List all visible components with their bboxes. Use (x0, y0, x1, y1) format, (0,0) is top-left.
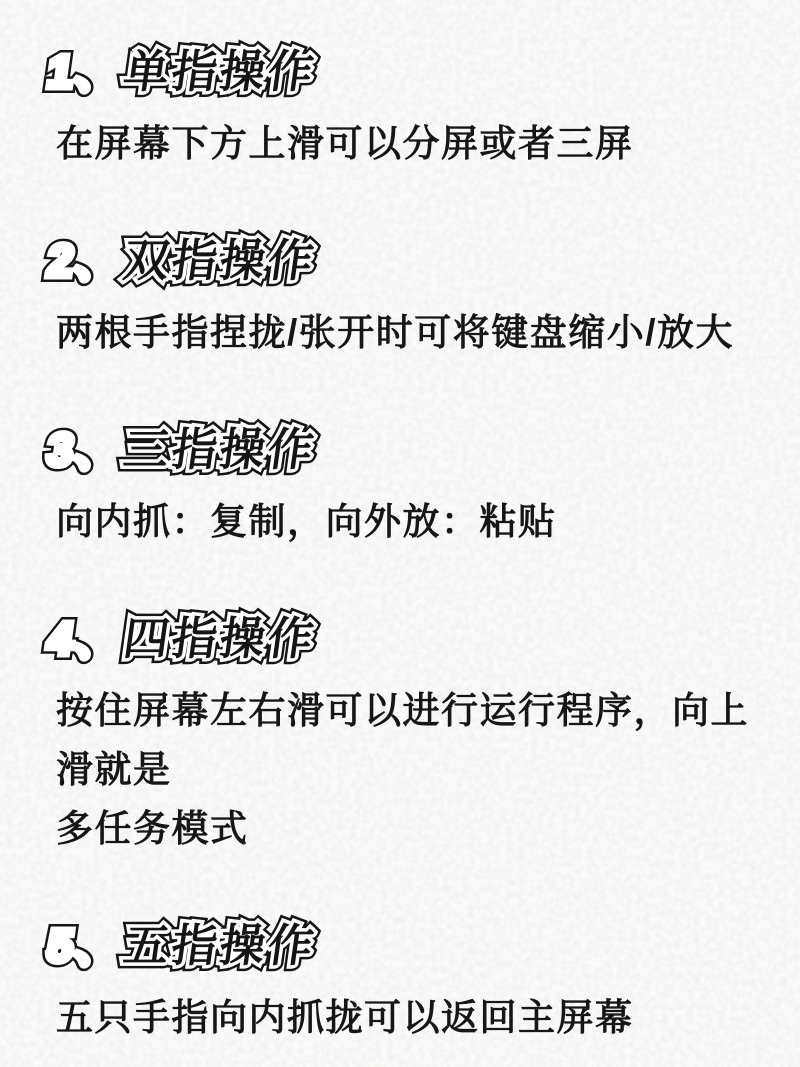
heading-text: 2、双指操作 (44, 235, 319, 287)
gesture-guide-content: 1、单指操作 1、单指操作 1、单指操作 在屏幕下方上滑可以分屏或者三屏 2、双… (0, 0, 800, 1047)
gesture-section-5: 5、五指操作 5、五指操作 5、五指操作 五只手指向内抓拢可以返回主屏幕 (48, 920, 770, 1047)
section-body: 按住屏幕左右滑可以进行运行程序，向上滑就是 多任务模式 (56, 681, 770, 859)
gesture-section-4: 4、四指操作 4、四指操作 4、四指操作 按住屏幕左右滑可以进行运行程序，向上滑… (48, 613, 770, 858)
gesture-guide-page: 1、单指操作 1、单指操作 1、单指操作 在屏幕下方上滑可以分屏或者三屏 2、双… (0, 0, 800, 1067)
heading-title: 三指操作 (121, 424, 320, 475)
gesture-section-3: 3、三指操作 3、三指操作 3、三指操作 向内抓：复制，向外放：粘贴 (48, 424, 770, 551)
section-body: 两根手指捏拢/张开时可将键盘缩小/放大 (56, 303, 770, 362)
gesture-section-1: 1、单指操作 1、单指操作 1、单指操作 在屏幕下方上滑可以分屏或者三屏 (48, 46, 770, 173)
heading-number: 2、 (44, 235, 127, 286)
heading-text: 5、五指操作 (44, 920, 319, 972)
section-heading: 1、单指操作 1、单指操作 1、单指操作 (44, 46, 319, 98)
heading-number: 3、 (44, 424, 127, 475)
gesture-section-2: 2、双指操作 2、双指操作 2、双指操作 两根手指捏拢/张开时可将键盘缩小/放大 (48, 235, 770, 362)
section-heading: 3、三指操作 3、三指操作 3、三指操作 (44, 424, 319, 476)
heading-text: 1、单指操作 (44, 46, 319, 98)
heading-text: 4、四指操作 (44, 613, 319, 665)
heading-text: 3、三指操作 (44, 424, 319, 476)
section-heading: 4、四指操作 4、四指操作 4、四指操作 (44, 613, 319, 665)
heading-title: 双指操作 (121, 235, 320, 286)
section-body: 向内抓：复制，向外放：粘贴 (56, 492, 770, 551)
heading-number: 1、 (44, 46, 127, 97)
heading-title: 五指操作 (121, 920, 320, 971)
heading-number: 4、 (44, 613, 127, 664)
heading-title: 单指操作 (121, 46, 320, 97)
section-body: 五只手指向内抓拢可以返回主屏幕 (56, 988, 770, 1047)
section-heading: 2、双指操作 2、双指操作 2、双指操作 (44, 235, 319, 287)
heading-number: 5、 (44, 920, 127, 971)
section-body: 在屏幕下方上滑可以分屏或者三屏 (56, 114, 770, 173)
section-heading: 5、五指操作 5、五指操作 5、五指操作 (44, 920, 319, 972)
heading-title: 四指操作 (121, 613, 320, 664)
